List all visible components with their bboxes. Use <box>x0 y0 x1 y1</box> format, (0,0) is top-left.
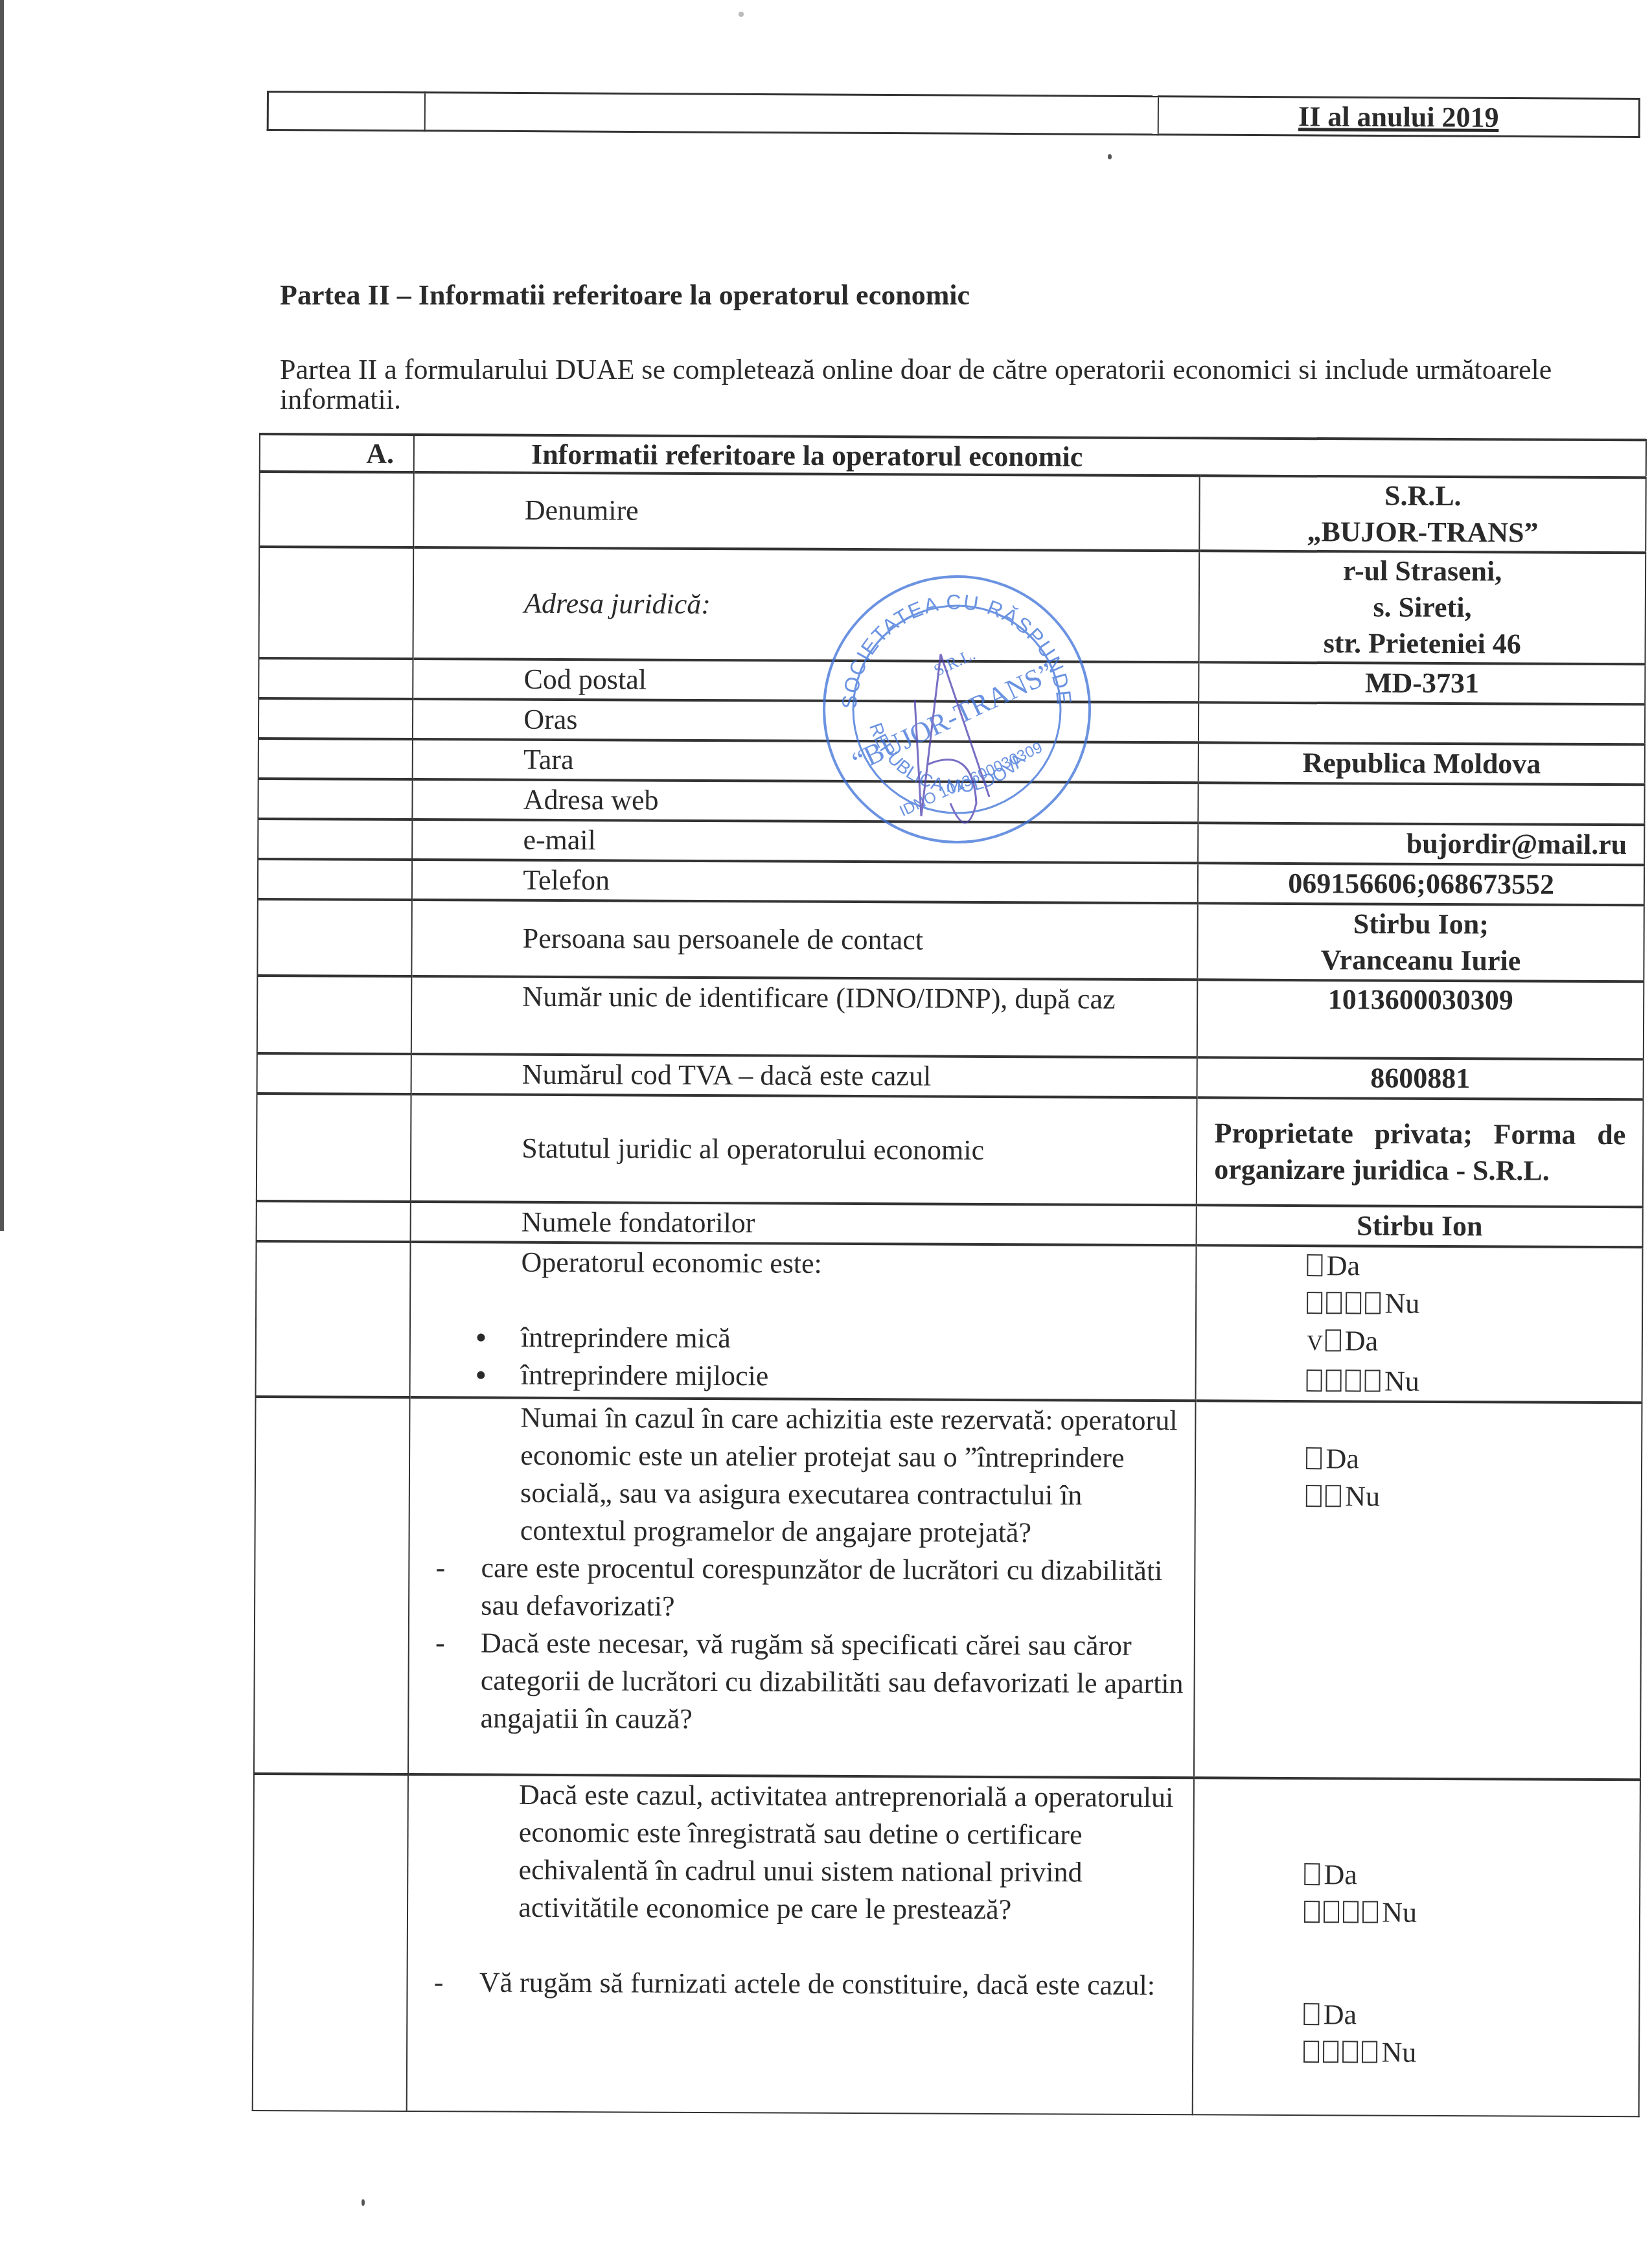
checkbox-icon[interactable] <box>1306 1447 1322 1469</box>
label-idno: Număr unic de identificare (IDNO/IDNP), … <box>411 976 1198 1057</box>
label-cod-tva: Numărul cod TVA – dacă este cazul <box>411 1054 1197 1097</box>
checkbox-icon <box>1326 1369 1342 1392</box>
section-title: Partea II – Informatii referitoare la op… <box>280 279 970 312</box>
checkbox-icon[interactable] <box>1365 1369 1381 1392</box>
checkbox-icon[interactable] <box>1362 1901 1378 1923</box>
operator-type-item: întreprindere mijlocie <box>476 1356 1195 1397</box>
value-oras <box>1199 702 1645 744</box>
option-registration-nu[interactable]: Nu <box>1304 1894 1639 1932</box>
registration-question: Dacă este cazul, activitatea antreprenor… <box>408 1776 1193 1929</box>
value-telefon: 069156606;068673552 <box>1198 863 1644 905</box>
operator-type-options: Da Nu VDa Nu <box>1196 1245 1643 1403</box>
registration-sub-list: Vă rugăm să furnizati actele de constitu… <box>408 1964 1193 2004</box>
label-adresa-web: Adresa web <box>413 779 1199 823</box>
checkbox-icon[interactable] <box>1365 1292 1381 1314</box>
checkbox-icon <box>1306 1485 1322 1507</box>
checkbox-icon[interactable] <box>1325 1329 1341 1351</box>
checkbox-icon <box>1346 1369 1361 1392</box>
option-reserved-da[interactable]: Da <box>1306 1440 1641 1479</box>
label-cod-postal: Cod postal <box>413 659 1199 702</box>
operator-info-table: A. Informatii referitoare la operatorul … <box>252 433 1647 2117</box>
registration-cell: Dacă este cazul, activitatea antreprenor… <box>407 1774 1194 2114</box>
label-statut-juridic: Statutul juridic al operatorului economi… <box>411 1094 1197 1205</box>
registration-sub-item: Vă rugăm să furnizati actele de constitu… <box>408 1964 1193 2004</box>
header-strip-period: II al anului 2019 <box>1158 97 1640 137</box>
option-acte-nu[interactable]: Nu <box>1303 2033 1638 2072</box>
label-oras: Oras <box>413 699 1199 742</box>
label-denumire: Denumire <box>413 472 1200 551</box>
label-persoana-contact: Persoana sau persoanele de contact <box>412 900 1199 979</box>
registration-options: Da Nu Da Nu <box>1193 1778 1640 2116</box>
header-strip-cell-empty <box>425 93 1158 135</box>
operator-type-item: întreprindere mică <box>476 1318 1195 1359</box>
reserved-sub-item: care este procentul corespunzător de luc… <box>409 1549 1195 1627</box>
checkbox-icon[interactable] <box>1307 1254 1323 1276</box>
checkbox-icon <box>1323 2041 1338 2063</box>
option-mica-da[interactable]: Da <box>1307 1247 1642 1286</box>
section-letter: A. <box>260 434 414 472</box>
checkbox-icon <box>1326 1292 1342 1314</box>
checkbox-icon <box>1346 1292 1361 1314</box>
option-reserved-nu[interactable]: Nu <box>1306 1478 1641 1517</box>
checkbox-icon <box>1342 2041 1358 2063</box>
option-mica-nu[interactable]: Nu <box>1307 1285 1642 1323</box>
option-registration-da[interactable]: Da <box>1305 1856 1640 1895</box>
reserved-sub-list: care este procentul corespunzător de luc… <box>409 1549 1194 1740</box>
checkbox-icon <box>1324 1901 1339 1923</box>
option-acte-da[interactable]: Da <box>1304 1996 1639 2035</box>
header-strip-table: II al anului 2019 <box>267 91 1640 138</box>
value-fondatori: Stirbu Ion <box>1197 1205 1643 1247</box>
operator-type-cell: Operatorul economic este: întreprindere … <box>410 1242 1197 1401</box>
checkbox-icon <box>1304 1901 1320 1923</box>
value-email: bujordir@mail.ru <box>1198 823 1644 865</box>
operator-type-label: Operatorul economic este: <box>411 1243 1196 1284</box>
checkbox-icon <box>1307 1369 1322 1392</box>
label-email: e-mail <box>412 819 1198 863</box>
scan-speck <box>1108 154 1112 159</box>
value-cod-postal: MD-3731 <box>1199 662 1646 704</box>
header-strip-cell-empty <box>268 92 425 131</box>
scan-speck <box>739 12 744 17</box>
value-adresa-web <box>1199 783 1645 825</box>
label-telefon: Telefon <box>412 860 1198 903</box>
option-mijlocie-da[interactable]: VDa <box>1307 1322 1642 1364</box>
reserved-cell: Numai în cazul în care achizitia este re… <box>408 1397 1196 1778</box>
checkbox-icon <box>1307 1292 1322 1314</box>
section-heading: Informatii referitoare la operatorul eco… <box>414 435 1646 477</box>
checkbox-icon <box>1343 1901 1359 1923</box>
scan-speck <box>361 2199 365 2206</box>
checkbox-icon[interactable] <box>1325 1485 1341 1507</box>
reserved-options: Da Nu <box>1194 1401 1642 1780</box>
value-tara: Republica Moldova <box>1199 742 1645 785</box>
reserved-sub-item: Dacă este necesar, vă rugăm să specifica… <box>409 1624 1194 1740</box>
value-statut-juridic: Proprietate privata; Forma de organizare… <box>1197 1097 1643 1207</box>
checkbox-icon[interactable] <box>1362 2041 1377 2063</box>
option-mijlocie-nu[interactable]: Nu <box>1307 1362 1642 1401</box>
checkbox-icon <box>1303 2041 1319 2063</box>
value-denumire: S.R.L. „BUJOR-TRANS” <box>1200 475 1646 553</box>
operator-type-list: întreprindere mică întreprindere mijloci… <box>411 1318 1196 1397</box>
value-idno: 1013600030309 <box>1197 979 1644 1059</box>
value-adresa-juridica: r-ul Straseni, s. Sireti, str. Prietenie… <box>1199 551 1646 664</box>
label-adresa-juridica: Adresa juridică: <box>413 547 1200 662</box>
checkbox-icon[interactable] <box>1305 1863 1320 1885</box>
reserved-question: Numai în cazul în care achizitia este re… <box>410 1399 1195 1552</box>
value-persoana-contact: Stirbu Ion; Vranceanu Iurie <box>1198 903 1644 981</box>
label-tara: Tara <box>413 739 1199 783</box>
value-cod-tva: 8600881 <box>1197 1057 1644 1099</box>
label-fondatori: Numele fondatorilor <box>411 1202 1197 1245</box>
scan-page-edge <box>0 0 4 1231</box>
section-intro: Partea II a formularului DUAE se complet… <box>280 355 1589 415</box>
check-mark-icon: V <box>1307 1331 1323 1355</box>
checkbox-icon[interactable] <box>1304 2003 1320 2025</box>
